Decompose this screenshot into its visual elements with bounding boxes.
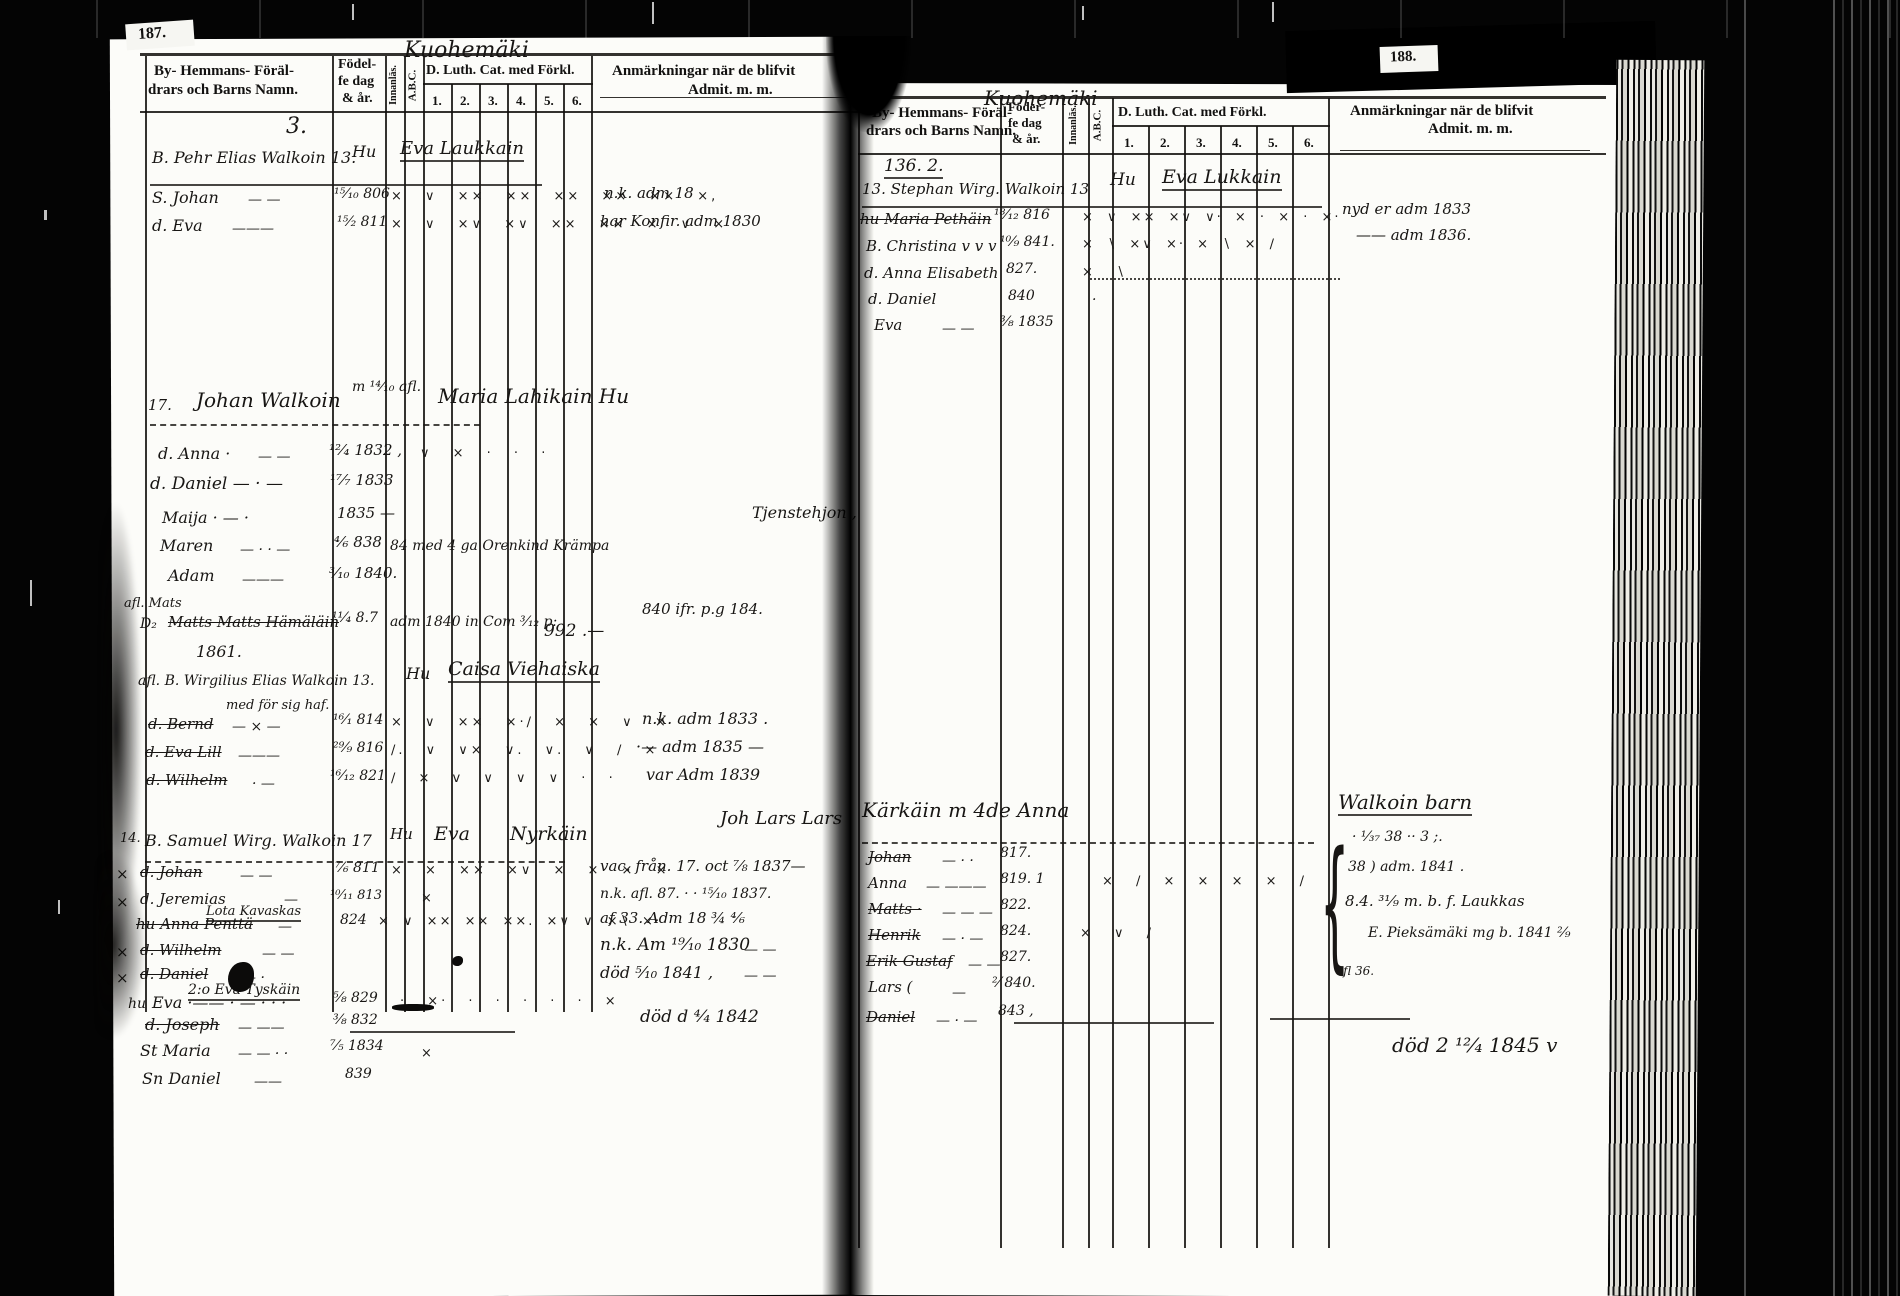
handwritten-entry: m ¹⁴⁄₁₀ afl. xyxy=(352,380,421,394)
right-cat-2: 2. xyxy=(1160,136,1170,149)
left-header-abc: A.B.C. xyxy=(408,56,419,116)
handwritten-entry: ¹²⁄₄ 1832 , xyxy=(329,443,402,458)
scan-scratch-band xyxy=(1826,0,1900,1296)
handwritten-entry: — — — xyxy=(942,906,993,920)
handwritten-entry: 13. Stephan Wirg. Walkoin 13 xyxy=(862,182,1089,197)
handwritten-entry: var Adm 1839 xyxy=(646,767,760,783)
handwritten-entry: ⁵⁄₈ 829 xyxy=(333,991,378,1005)
handwritten-entry: ³⁄₁₀ 1840. xyxy=(329,566,397,581)
handwritten-entry: B. Samuel Wirg. Walkoin 17 xyxy=(145,833,372,849)
handwritten-entry: ¹¹⁄₄ 8.7 xyxy=(332,611,378,625)
handwritten-entry: 1835 — xyxy=(337,506,395,521)
handwritten-entry: 817. xyxy=(1000,846,1031,860)
handwritten-entry: · xyxy=(1092,293,1096,307)
handwritten-entry: n.k. afl. 87. · · ¹⁵⁄₁₀ 1837. xyxy=(600,887,771,901)
right-header-remarks-2: Admit. m. m. xyxy=(1428,122,1513,137)
handwritten-entry: — xyxy=(952,986,966,1000)
column-rule xyxy=(1184,126,1186,1248)
handwritten-entry: · — xyxy=(252,777,275,791)
handwritten-entry: Walkoin barn xyxy=(1338,792,1472,816)
handwritten-entry: — — xyxy=(942,322,974,336)
left-header-birth-1: Födel- xyxy=(338,58,376,72)
handwritten-entry: Kärkäin m 4de Anna xyxy=(862,800,1069,820)
right-cat-6: 6. xyxy=(1304,136,1314,149)
left-header-reading: Innanläs. xyxy=(389,55,399,115)
pen-stroke xyxy=(150,424,480,426)
handwritten-entry: Eva xyxy=(434,825,470,844)
handwritten-entry: × xyxy=(421,1047,435,1060)
handwritten-entry: afl 36. xyxy=(1336,965,1374,977)
left-cat-1: 1. xyxy=(432,94,442,107)
handwritten-entry: Eva Lukkain xyxy=(1162,168,1282,191)
handwritten-entry: 8.4. ³¹⁄₉ m. b. f. Laukkas xyxy=(1345,894,1525,909)
handwritten-entry: E. Pieksämäki mg b. 1841 ²⁄₉ xyxy=(1368,926,1571,940)
handwritten-entry: Lars ( xyxy=(868,980,912,995)
left-running-title: Kuohemäki xyxy=(404,40,529,62)
handwritten-entry: St Maria xyxy=(140,1043,211,1059)
handwritten-entry: — — xyxy=(258,450,290,464)
handwritten-entry: d. Daniel — · — xyxy=(150,476,283,493)
header-rule xyxy=(858,153,1606,155)
handwritten-entry: — xyxy=(284,893,298,907)
scan-speck xyxy=(652,2,654,24)
handwritten-entry: × xyxy=(421,892,435,905)
handwritten-entry: D₂ xyxy=(140,617,157,631)
right-header-remarks-1: Anmärkningar när de blifvit xyxy=(1350,104,1533,119)
handwritten-entry: d. Wilhelm xyxy=(140,943,221,958)
handwritten-entry: död ⁵⁄₁₀ 1841 , xyxy=(600,965,713,981)
handwritten-entry: — · · xyxy=(942,854,974,868)
handwritten-entry: ¹⁸⁄₁₂ 816 xyxy=(994,208,1050,222)
left-header-birth-2: fe dag xyxy=(338,75,374,89)
handwritten-entry: — — xyxy=(968,958,1000,972)
handwritten-entry: Maren xyxy=(160,538,213,554)
right-running-title: Kuohemäki xyxy=(984,88,1098,108)
scan-speck xyxy=(352,4,354,20)
book-gutter-top-shadow xyxy=(826,36,912,132)
handwritten-entry: ²⁹⁄₉ 816 xyxy=(333,741,383,755)
handwritten-entry: — — xyxy=(240,869,272,883)
handwritten-entry: ¹⁷⁄₇ 1833 xyxy=(330,473,394,488)
handwritten-entry: Hu xyxy=(1110,172,1136,189)
left-cat-4: 4. xyxy=(516,94,526,107)
handwritten-entry: Nyrkäin xyxy=(510,825,588,844)
header-rule xyxy=(858,96,1606,99)
header-rule xyxy=(140,111,872,113)
handwritten-entry: n.k. adm 18 xyxy=(604,186,694,201)
handwritten-entry: — —— xyxy=(238,1021,284,1035)
handwritten-entry: × ∨ ×× ×∨ ∨· × · × · ×· xyxy=(1082,211,1341,224)
handwritten-entry: 17. xyxy=(148,398,172,413)
column-rule xyxy=(1000,98,1002,1248)
handwritten-entry: × ∨ ∕ xyxy=(1080,927,1154,940)
handwritten-entry: ——— xyxy=(232,222,274,236)
handwritten-entry: afl. B. Wirgilius Elias Walkoin 13. xyxy=(138,674,374,688)
handwritten-entry: 38 ) adm. 1841 . xyxy=(1348,860,1464,874)
handwritten-entry: Maija · — · xyxy=(162,510,249,526)
header-rule xyxy=(423,83,593,85)
handwritten-entry: d. Daniel xyxy=(140,967,208,982)
right-cat-3: 3. xyxy=(1196,136,1206,149)
handwritten-entry: B. Pehr Elias Walkoin 13. xyxy=(152,150,356,166)
handwritten-entry: 136. 2. xyxy=(884,158,943,179)
handwritten-entry: ¹⁵⁄₁₀ 806 xyxy=(334,187,390,201)
column-rule xyxy=(1220,126,1222,1248)
handwritten-entry: 840 ifr. p.g 184. xyxy=(642,602,763,617)
left-header-names-2: drars och Barns Namn. xyxy=(148,83,298,98)
handwritten-entry: ∕. ∨ ∨× ∨. ∨. ∨ ∕ × xyxy=(391,744,658,757)
column-rule xyxy=(1328,98,1330,1248)
handwritten-entry: × ∨ ×× ×·∕ × × ∨ × xyxy=(391,716,669,729)
handwritten-entry: S. Johan xyxy=(152,190,219,206)
column-rule xyxy=(1292,126,1294,1248)
handwritten-entry: — · · — xyxy=(240,543,290,557)
handwritten-entry: 819. 1 xyxy=(1000,872,1045,886)
right-header-catechism: D. Luth. Cat. med Förkl. xyxy=(1118,106,1267,120)
handwritten-entry: — — xyxy=(744,943,776,957)
right-page-number: 188. xyxy=(1390,50,1417,66)
handwritten-entry: 824. xyxy=(1000,924,1031,938)
handwritten-entry: —— adm 1836. xyxy=(1356,228,1471,243)
left-cat-6: 6. xyxy=(572,94,582,107)
handwritten-entry: adm 1840 in Com ³⁄₁₂ p: xyxy=(390,615,557,629)
handwritten-entry: ³⁄₈ 1835 xyxy=(1000,315,1054,329)
handwritten-entry: 992 .— xyxy=(544,623,604,640)
handwritten-entry: Erik Gustaf xyxy=(866,954,953,969)
pen-stroke xyxy=(1270,1018,1410,1020)
left-header-names-1: By- Hemmans- Föräl- xyxy=(154,64,294,79)
book-page-edges xyxy=(1608,60,1705,1296)
handwritten-entry: ¹⁵⁄₂ 811 xyxy=(337,215,387,229)
scan-top-noise xyxy=(0,0,1900,38)
handwritten-entry: d. Wilhelm xyxy=(146,773,227,788)
handwritten-entry: Hu xyxy=(390,827,413,842)
handwritten-entry: 840 xyxy=(1008,289,1035,303)
handwritten-entry: Matts Matts Hämäläin xyxy=(168,615,339,630)
handwritten-entry: ¹⁶⁄₁₂ 821 xyxy=(330,769,386,783)
pen-stroke xyxy=(1090,278,1340,280)
handwritten-entry: ⁷⁄₆ 811 xyxy=(335,861,380,875)
right-header-birth-2: fe dag xyxy=(1008,116,1042,129)
left-header-remarks-2: Admit. m. m. xyxy=(688,83,773,98)
handwritten-entry: Matts · xyxy=(868,902,922,917)
right-cat-4: 4. xyxy=(1232,136,1242,149)
handwritten-entry: d. Eva Lill xyxy=(145,745,222,760)
handwritten-entry: 84 med 4 ga Orenkind Krämpa xyxy=(390,539,609,553)
handwritten-entry: d. Bernd xyxy=(148,717,213,732)
handwritten-entry: d. Joseph xyxy=(145,1017,220,1033)
handwritten-entry: ——— xyxy=(242,573,284,587)
handwritten-entry: 827. xyxy=(1000,950,1031,964)
left-cat-5: 5. xyxy=(544,94,554,107)
handwritten-entry: — · — xyxy=(942,932,983,946)
column-rule xyxy=(1062,98,1064,1248)
handwritten-entry: Eva ·—— · — · · · xyxy=(152,995,286,1011)
handwritten-entry: d. Anna · xyxy=(158,446,230,462)
handwritten-entry: Maria Lahikain Hu xyxy=(438,386,629,406)
handwritten-entry: d. Daniel xyxy=(868,292,936,307)
handwritten-entry: ⁷⁄₅ 1834 xyxy=(330,1039,384,1053)
handwritten-entry: d. Johan xyxy=(140,865,202,880)
handwritten-entry: ⁴⁄₆ 838 xyxy=(334,535,382,550)
handwritten-entry: — — xyxy=(248,193,280,207)
handwritten-entry: n.k. Am ¹⁹⁄₁₀ 1830 xyxy=(600,937,750,954)
handwritten-entry: n.k. adm 1833 . xyxy=(642,711,768,727)
handwritten-entry: · ¹⁄₃₇ 38 ·· 3 ;. xyxy=(1352,830,1443,844)
left-cat-3: 3. xyxy=(488,94,498,107)
handwritten-entry: vac. från. 17. oct ⅞ 1837— xyxy=(600,859,806,874)
ink-smear xyxy=(392,1004,434,1011)
handwritten-entry: har Konfir. adm 1830 xyxy=(600,214,761,229)
handwritten-entry: Sn Daniel xyxy=(142,1071,221,1087)
handwritten-entry: nyd er adm 1833 xyxy=(1342,202,1471,217)
handwritten-entry: d. Eva xyxy=(152,218,203,234)
book-gutter-shadow xyxy=(822,36,874,1296)
left-header-remarks-1: Anmärkningar när de blifvit xyxy=(612,64,795,79)
column-rule xyxy=(1256,126,1258,1248)
handwritten-entry: hu Maria Pethäin xyxy=(860,212,991,227)
handwritten-entry: d. Anna Elisabeth xyxy=(864,266,998,281)
handwritten-entry: ¹⁰⁄₁₁ 813 xyxy=(330,889,382,902)
handwritten-entry: hu Anna Penttä xyxy=(136,917,253,932)
column-rule xyxy=(1148,126,1150,1248)
scan-speck xyxy=(1082,6,1084,20)
header-rule xyxy=(1112,125,1330,127)
handwritten-entry: Johan xyxy=(868,850,911,865)
handwritten-entry: af 33. Adm 18 ¾ ⁴⁄₆ xyxy=(600,911,745,926)
handwritten-entry: ³⁄₈ 832 xyxy=(333,1013,378,1027)
pen-stroke xyxy=(1014,1022,1214,1024)
scan-speck xyxy=(1272,2,1274,22)
handwritten-entry: — ——— xyxy=(926,880,986,894)
handwritten-entry: Hu xyxy=(352,144,376,160)
handwritten-entry: — xyxy=(278,920,292,934)
left-cat-2: 2. xyxy=(460,94,470,107)
scan-speck xyxy=(58,900,60,914)
handwritten-entry: —— xyxy=(254,1075,282,1089)
right-header-birth-3: & år. xyxy=(1012,132,1040,145)
handwritten-entry: 822. xyxy=(1000,898,1031,912)
handwritten-entry: ——— xyxy=(238,749,280,763)
handwritten-entry: Johan Walkoin xyxy=(196,390,341,410)
pen-stroke xyxy=(350,1031,515,1033)
handwritten-entry: ∕ × v ∨ ∨ ∨ · · xyxy=(391,772,616,785)
handwritten-entry: B. Christina v v v xyxy=(866,239,997,254)
handwritten-entry: ¹⁰⁄₉ 841. xyxy=(1000,235,1055,249)
handwritten-entry: Henrik xyxy=(868,928,921,943)
handwritten-entry: 843 , xyxy=(998,1004,1034,1018)
handwritten-entry: — — xyxy=(744,969,776,983)
handwritten-entry: 824 xyxy=(340,913,367,927)
handwritten-entry: 1861. xyxy=(196,644,242,660)
handwritten-entry: Hu xyxy=(406,666,430,682)
handwritten-entry: Caisa Viehaiska xyxy=(448,660,600,683)
handwritten-entry: ·— adm 1835 — xyxy=(636,739,764,755)
scan-scratch-line xyxy=(1744,0,1746,1296)
handwritten-entry: × ∖ ×∨ ×· × ∖ × ∕ xyxy=(1082,238,1276,251)
handwritten-entry: Adam xyxy=(168,568,215,584)
scanned-church-record: By- Hemmans- Föräl- drars och Barns Namn… xyxy=(0,0,1900,1296)
handwritten-entry: ¹⁶⁄₁ 814 xyxy=(333,713,383,727)
handwritten-entry: ²⁄ 840. xyxy=(992,976,1036,990)
right-cat-5: 5. xyxy=(1268,136,1278,149)
scan-speck xyxy=(30,580,32,606)
page-edge-blotch-2 xyxy=(98,850,146,1040)
scan-speck xyxy=(44,210,47,220)
left-header-catechism: D. Luth. Cat. med Förkl. xyxy=(426,64,575,78)
handwritten-entry: död 2 ¹²⁄₄ 1845 v xyxy=(1392,1035,1557,1055)
handwritten-entry: — — xyxy=(262,947,294,961)
pen-stroke xyxy=(862,842,1314,844)
handwritten-entry: död d ⁴⁄₄ 1842 xyxy=(640,1009,759,1026)
handwritten-entry: — × — xyxy=(232,720,281,734)
handwritten-entry: ∨ × · · · xyxy=(420,447,548,460)
handwritten-entry: Eva Laukkain xyxy=(400,140,524,162)
handwritten-entry: 3. xyxy=(286,116,307,138)
handwritten-entry: 839 xyxy=(345,1067,372,1081)
left-header-birth-3: & år. xyxy=(342,92,373,106)
header-rule xyxy=(1340,150,1590,151)
handwritten-entry: — · — xyxy=(936,1014,977,1028)
right-cat-1: 1. xyxy=(1124,136,1134,149)
pen-stroke xyxy=(862,206,1322,208)
handwritten-entry: 827. xyxy=(1006,262,1037,276)
handwritten-entry: — — · · xyxy=(238,1047,288,1061)
handwritten-entry: med för sig haf. xyxy=(226,699,329,712)
handwritten-entry: Eva xyxy=(874,318,902,333)
handwritten-entry: × ∕ × × × × ∕ xyxy=(1102,875,1307,888)
